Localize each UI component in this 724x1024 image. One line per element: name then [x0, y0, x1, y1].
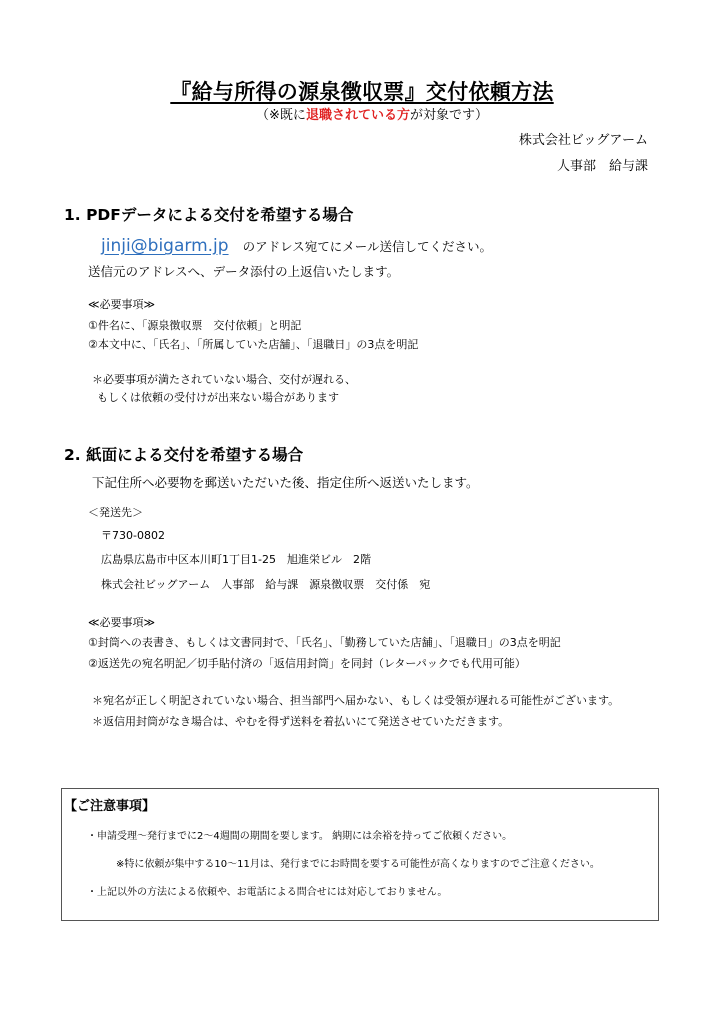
section1-heading: 1. PDFデータによる交付を希望する場合 — [64, 203, 353, 225]
section1-note: ＊必要事項が満たされていない場合、交付が遅れる、 — [92, 371, 356, 387]
shipping-address: 広島県広島市中区本川町1丁目1-25 旭進栄ビル 2階 — [101, 551, 371, 567]
subtitle-suffix: が対象です） — [410, 108, 488, 123]
subtitle-prefix: （※既に — [256, 108, 306, 123]
document-subtitle: （※既に退職されている方が対象です） — [0, 104, 724, 123]
section2-note: ＊宛名が正しく明記されていない場合、担当部門へ届かない、もしくは受領が遅れる可能… — [92, 692, 619, 708]
section1-requirements-heading: ≪必要事項≫ — [88, 296, 155, 312]
section1-requirement-item: ②本文中に、「氏名」、「所属していた店舗」、「退職日」の3点を明記 — [88, 336, 418, 352]
section2-heading: 2. 紙面による交付を希望する場合 — [64, 443, 303, 465]
email-instruction-line: jinji@bigarm.jpのアドレス宛てにメール送信してください。 — [101, 236, 492, 256]
document-title: 『給与所得の源泉徴収票』交付依頼方法 — [0, 76, 724, 106]
subtitle-highlight: 退職されている方 — [306, 108, 410, 123]
document-title-text: 『給与所得の源泉徴収票』交付依頼方法 — [170, 80, 553, 104]
notice-heading: 【ご注意事項】 — [64, 795, 155, 814]
notice-item: ・上記以外の方法による依頼や、お電話による問合せには対応しておりません。 — [87, 883, 447, 898]
shipping-postal-code: 〒730-0802 — [101, 527, 165, 543]
section1-requirement-item: ①件名に、「源泉徴収票 交付依頼」と明記 — [88, 317, 301, 333]
section2-intro: 下記住所へ必要物を郵送いただいた後、指定住所へ返送いたします。 — [92, 473, 479, 491]
notice-item: ※特に依頼が集中する10～11月は、発行までにお時間を要する可能性が高くなります… — [116, 855, 600, 870]
shipping-heading: ＜発送先＞ — [88, 504, 143, 520]
shipping-recipient: 株式会社ビッグアーム 人事部 給与課 源泉徴収票 交付係 宛 — [101, 576, 430, 592]
section2-requirements-heading: ≪必要事項≫ — [88, 614, 155, 630]
section2-requirement-item: ①封筒への表書き、もしくは文書同封で、「氏名」、「勤務していた店舗」、「退職日」… — [88, 634, 561, 650]
email-link[interactable]: jinji@bigarm.jp — [101, 236, 229, 256]
section2-note: ＊返信用封筒がなき場合は、やむを得ず送料を着払いにて発送させていただきます。 — [92, 713, 509, 729]
section2-requirement-item: ②返送先の宛名明記／切手貼付済の「返信用封筒」を同封（レターパックでも代用可能） — [88, 655, 526, 671]
notice-item: ・申請受理～発行までに2～4週間の期間を要します。 納期には余裕を持ってご依頼く… — [87, 827, 512, 842]
section1-note: もしくは依頼の受付けが出来ない場合があります — [97, 389, 339, 405]
issuer-department: 人事部 給与課 — [557, 155, 648, 174]
email-instruction: のアドレス宛てにメール送信してください。 — [243, 239, 492, 254]
issuer-company: 株式会社ビッグアーム — [519, 129, 648, 148]
reply-note: 送信元のアドレスへ、データ添付の上返信いたします。 — [88, 262, 399, 280]
